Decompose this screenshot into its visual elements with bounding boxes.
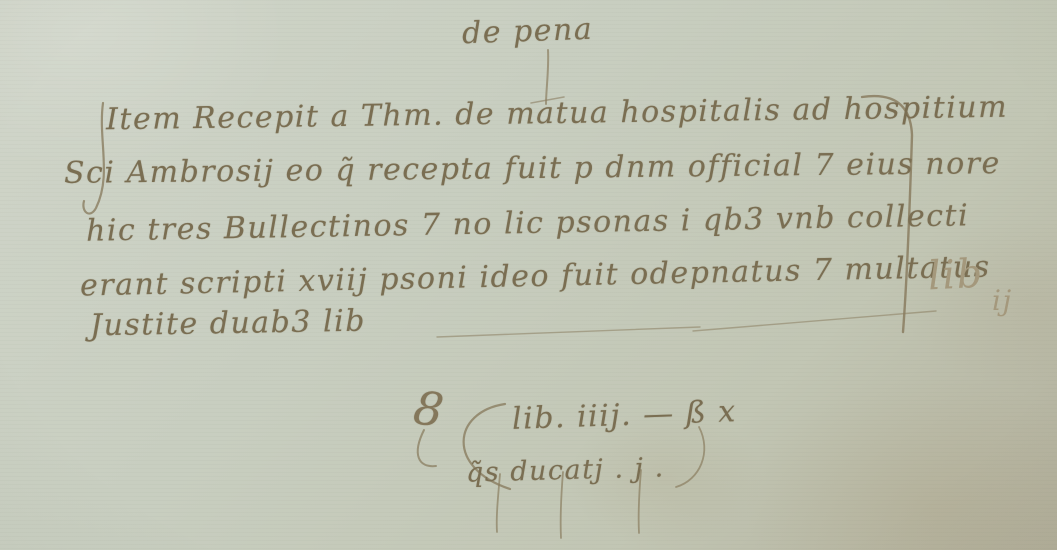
margin-note-amount: ij (992, 284, 1013, 317)
heading-de-pena: de pena (461, 12, 593, 52)
margin-note-currency: lib (927, 251, 985, 300)
closing-rule-left (437, 327, 700, 337)
entry-line-5: Justite duab3 lib (90, 304, 366, 344)
total-line-2: q̃s ducatj . j . (466, 452, 665, 488)
closing-rule-right (693, 311, 936, 331)
manuscript-photo: de pena Item Recepit a Thm. de matua hos… (0, 0, 1057, 550)
x-tail-flourish (676, 427, 704, 487)
